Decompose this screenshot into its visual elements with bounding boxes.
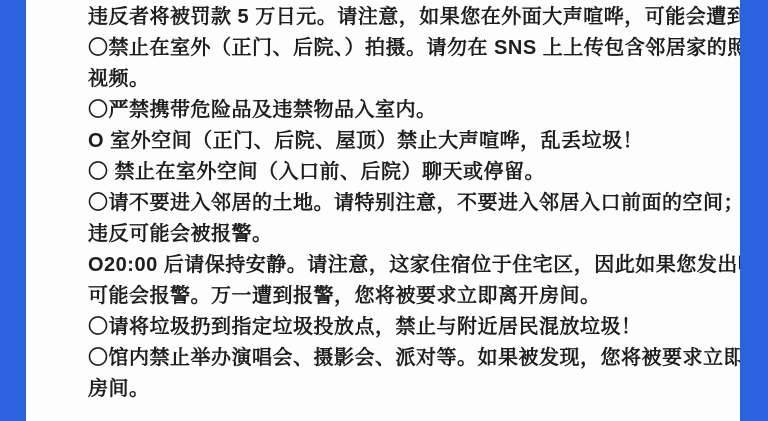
rule-line: 〇请将垃圾扔到指定垃圾投放点，禁止与附近居民混放垃圾！ (88, 312, 720, 343)
rule-line: 〇严禁携带危险品及违禁物品入室内。 (88, 95, 720, 126)
left-blue-border (0, 0, 26, 421)
rule-line: 房间。 (88, 374, 720, 405)
house-rules-page: 违反者将被罚款 5 万日元。请注意，如果您在外面大声喧哗，可能会遭到报警。 〇禁… (0, 0, 768, 421)
rule-line: 违反可能会被报警。 (88, 219, 720, 250)
rule-line: O20:00 后请保持安静。请注意，这家住宿位于住宅区，因此如果您发出噪音， (88, 250, 720, 281)
rule-line: 〇禁止在室外（正门、后院、）拍摄。请勿在 SNS 上上传包含邻居家的照片或 (88, 33, 720, 64)
house-rules-text-block: 违反者将被罚款 5 万日元。请注意，如果您在外面大声喧哗，可能会遭到报警。 〇禁… (26, 0, 740, 421)
rule-line: 〇请不要进入邻居的土地。请特别注意，不要进入邻居入口前面的空间；如果 (88, 188, 720, 219)
rule-line: 〇馆内禁止举办演唱会、摄影会、派对等。如果被发现，您将被要求立即离开 (88, 343, 720, 374)
rule-line: 〇 禁止在室外空间（入口前、后院）聊天或停留。 (88, 157, 720, 188)
rule-line: O 室外空间（正门、后院、屋顶）禁止大声喧哗，乱丢垃圾！ (88, 126, 720, 157)
rule-line: 违反者将被罚款 5 万日元。请注意，如果您在外面大声喧哗，可能会遭到报警。 (88, 2, 720, 33)
rule-line: 可能会报警。万一遭到报警，您将被要求立即离开房间。 (88, 281, 720, 312)
rule-line: 视频。 (88, 64, 720, 95)
right-blue-border (740, 0, 768, 421)
